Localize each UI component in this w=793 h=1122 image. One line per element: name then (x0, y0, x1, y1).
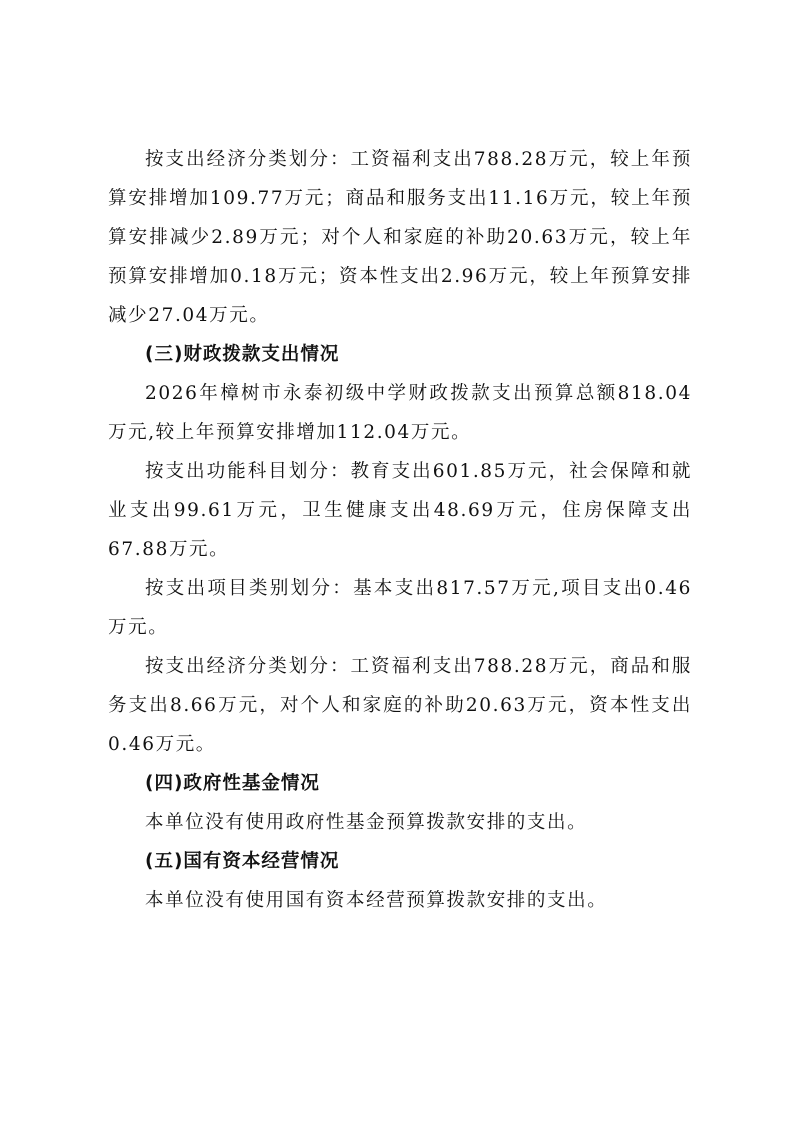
paragraph-state-capital-operation: 本单位没有使用国有资本经营预算拨款安排的支出。 (108, 881, 692, 920)
paragraph-fiscal-appropriation-total: 2026年樟树市永泰初级中学财政拨款支出预算总额818.04万元,较上年预算安排… (108, 374, 692, 452)
paragraph-economic-classification-total: 按支出经济分类划分：工资福利支出788.28万元，较上年预算安排增加109.77… (108, 140, 692, 335)
heading-government-fund: (四)政府性基金情况 (108, 764, 692, 803)
heading-fiscal-appropriation-expenditure: (三)财政拨款支出情况 (108, 335, 692, 374)
paragraph-economic-classification-fiscal: 按支出经济分类划分：工资福利支出788.28万元，商品和服务支出8.66万元，对… (108, 647, 692, 764)
heading-state-capital-operation: (五)国有资本经营情况 (108, 842, 692, 881)
paragraph-government-fund: 本单位没有使用政府性基金预算拨款安排的支出。 (108, 803, 692, 842)
paragraph-functional-classification: 按支出功能科目划分：教育支出601.85万元，社会保障和就业支出99.61万元，… (108, 452, 692, 569)
paragraph-project-category: 按支出项目类别划分：基本支出817.57万元,项目支出0.46万元。 (108, 569, 692, 647)
document-page: 按支出经济分类划分：工资福利支出788.28万元，较上年预算安排增加109.77… (108, 140, 692, 920)
